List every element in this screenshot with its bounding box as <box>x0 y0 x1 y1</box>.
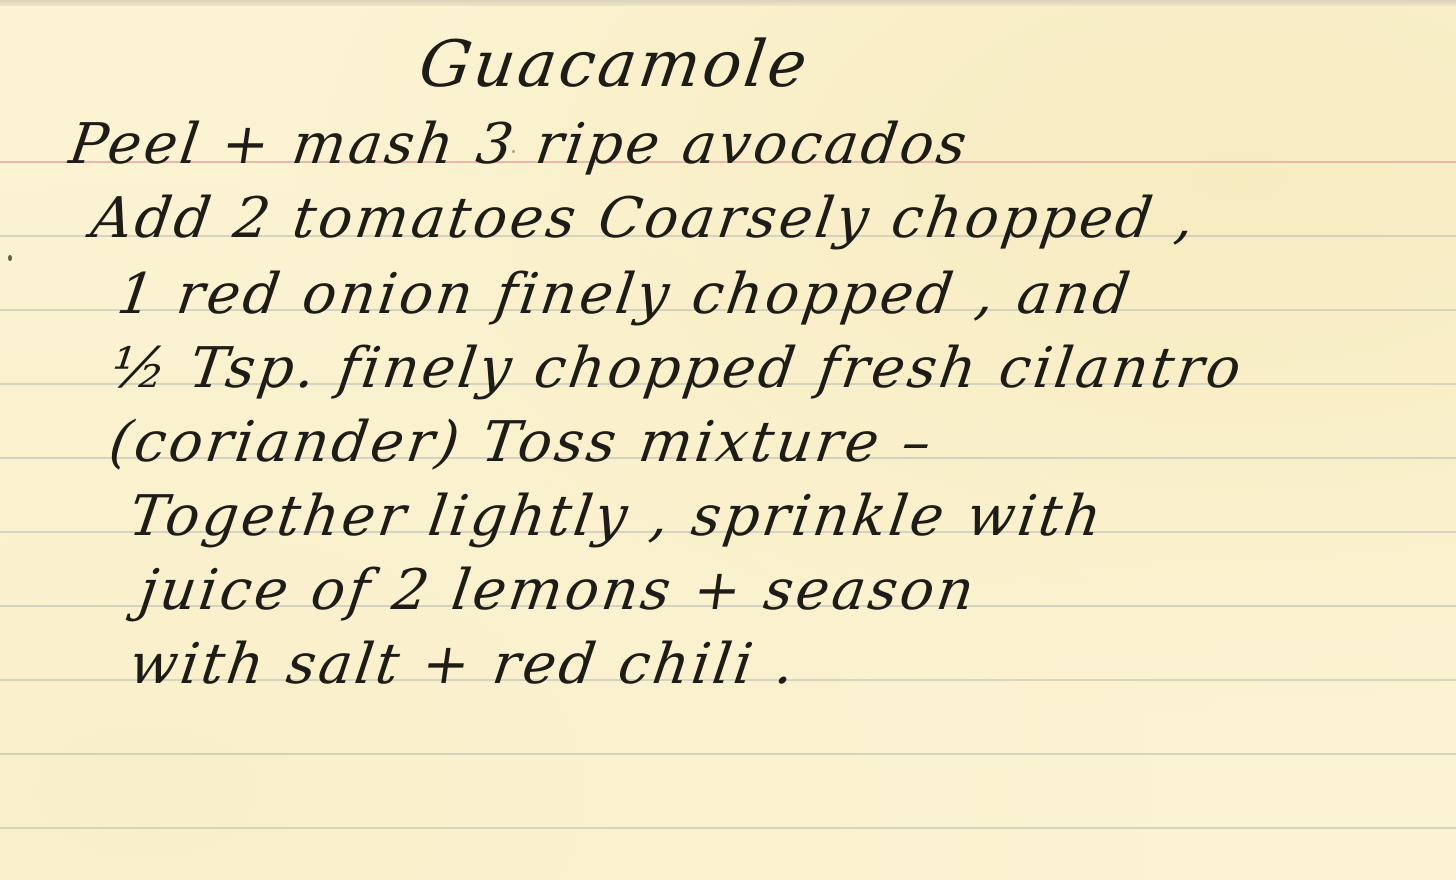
ruled-line <box>0 827 1456 829</box>
paper-speck <box>8 255 12 261</box>
recipe-line-2: Add 2 tomatoes Coarsely chopped , <box>87 186 1200 251</box>
card-top-edge <box>0 0 1456 6</box>
recipe-card: Guacamole Peel + mash 3 ripe avocados Ad… <box>0 0 1456 880</box>
paper-speck <box>512 150 515 153</box>
recipe-line-5: (coriander) Toss mixture – <box>105 410 937 475</box>
recipe-title: Guacamole <box>415 28 814 102</box>
recipe-line-6: Together lightly , sprinkle with <box>125 484 1108 549</box>
recipe-line-7: juice of 2 lemons + season <box>135 558 980 623</box>
ruled-line <box>0 753 1456 755</box>
recipe-line-8: with salt + red chili . <box>125 632 801 697</box>
recipe-line-1: Peel + mash 3 ripe avocados <box>65 112 973 177</box>
recipe-line-4: ½ Tsp. finely chopped fresh cilantro <box>107 336 1247 401</box>
recipe-line-3: 1 red onion finely chopped , and <box>113 262 1136 327</box>
